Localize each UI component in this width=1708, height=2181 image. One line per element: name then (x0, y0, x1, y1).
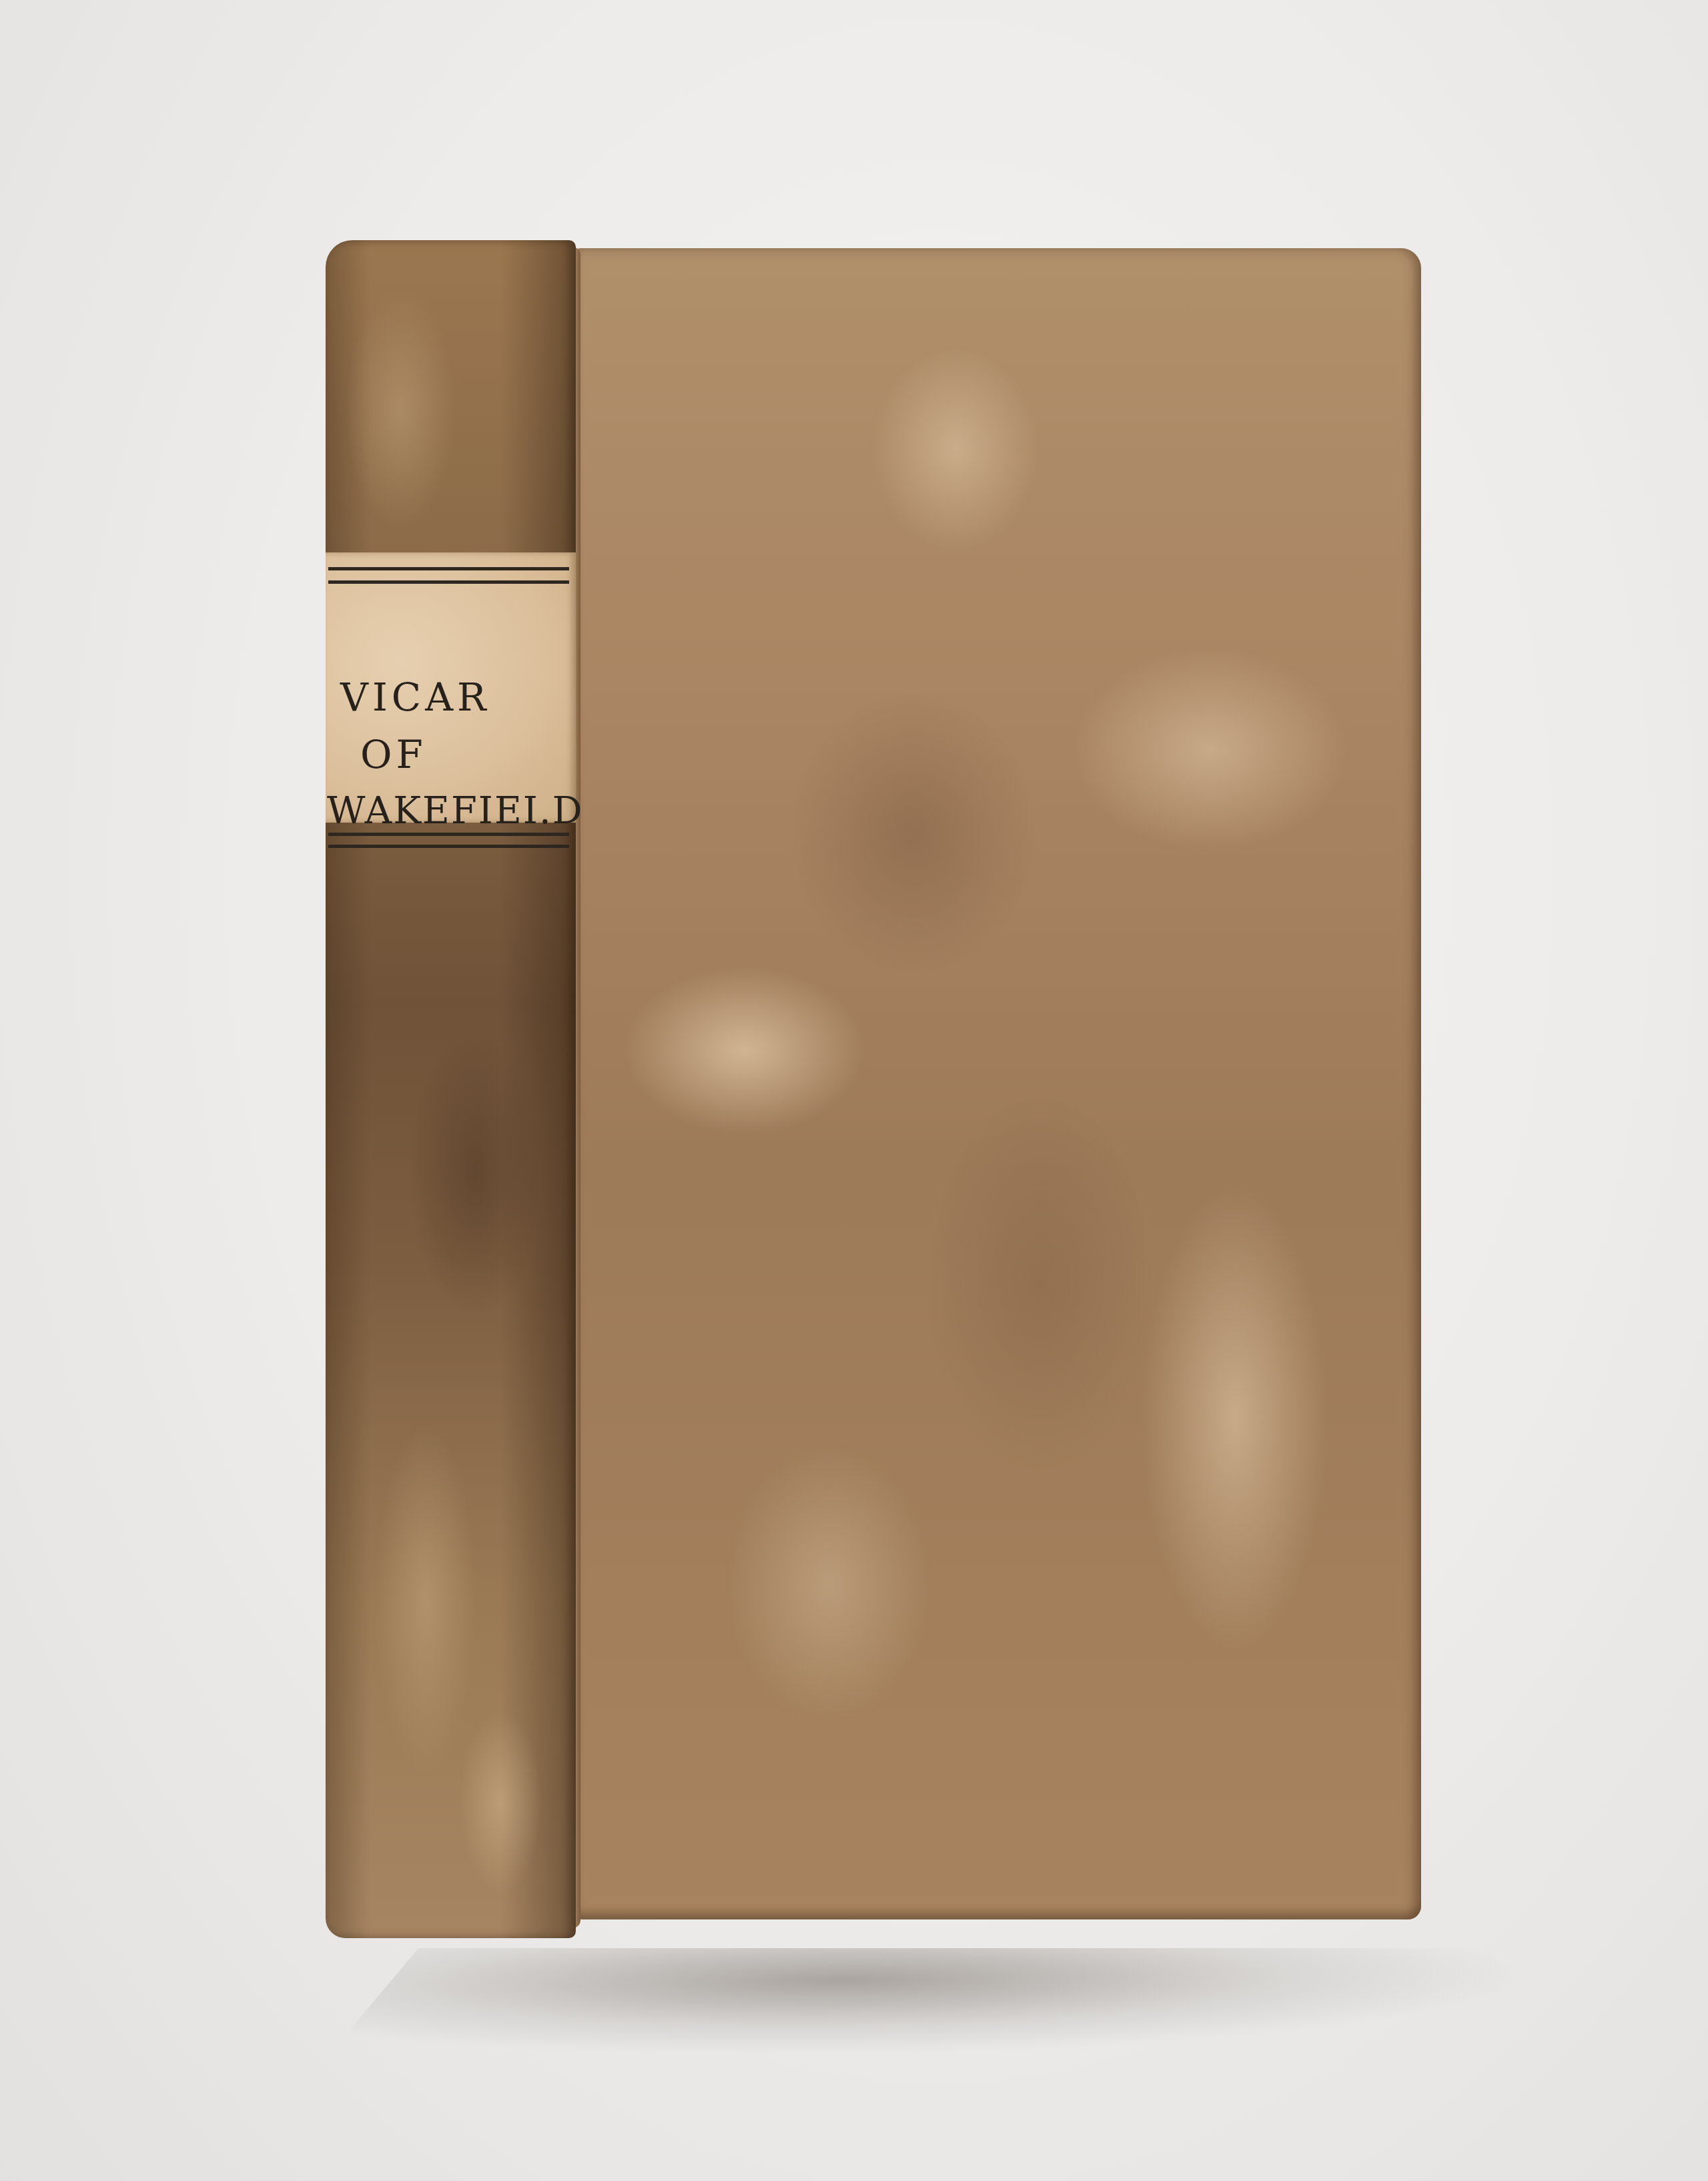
spine-title-line-2: OF (326, 735, 576, 774)
spine-texture (326, 240, 576, 1938)
front-cover (575, 248, 1421, 1919)
label-rule-bottom-1 (328, 833, 569, 836)
spine-title-line-3: WAKEFIEI.D (326, 793, 576, 830)
spine-label: VICAR OF WAKEFIEI.D (326, 552, 576, 823)
label-rule-top-2 (328, 580, 569, 584)
label-rule-bottom-2 (328, 845, 569, 848)
spine-title-line-1: VICAR (326, 678, 576, 717)
cover-texture (575, 248, 1421, 1919)
label-rule-top-1 (328, 567, 569, 570)
book-spine: VICAR OF WAKEFIEI.D (326, 240, 576, 1938)
book-shadow (329, 1948, 1553, 2055)
